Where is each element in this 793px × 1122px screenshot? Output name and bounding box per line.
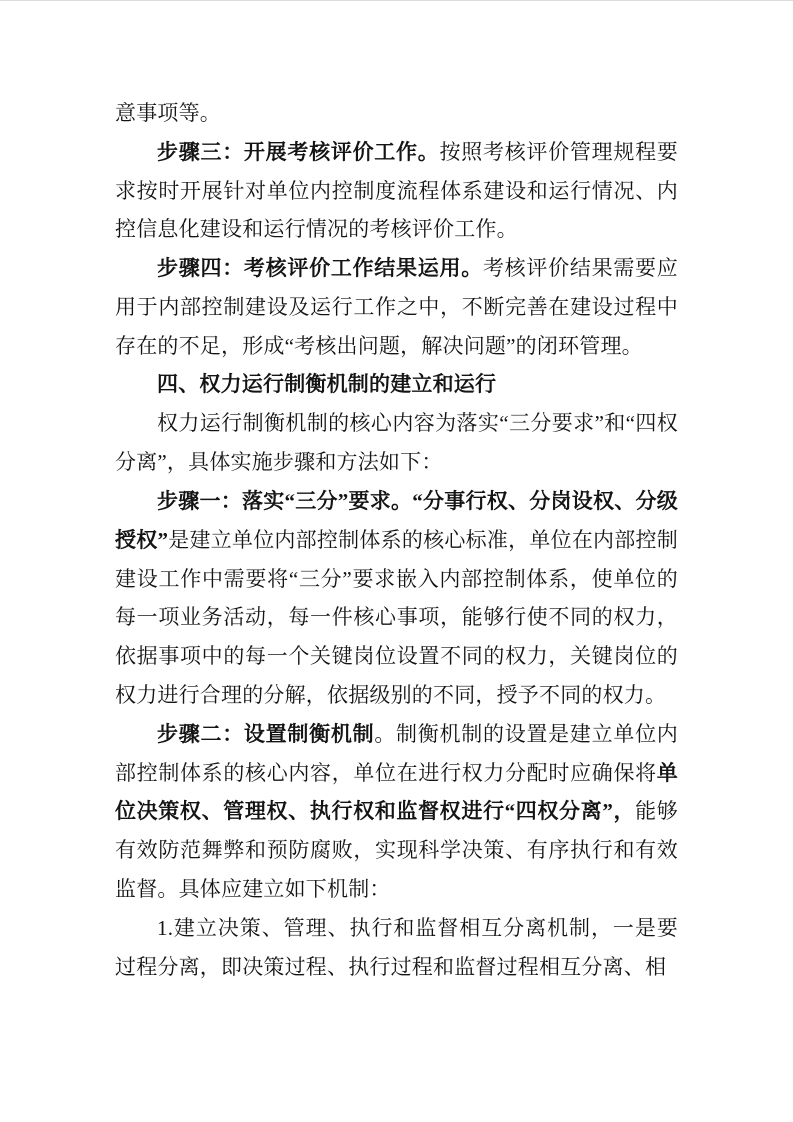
paragraph: 权力运行制衡机制的核心内容为落实“三分要求”和“四权分离”，具体实施步骤和方法如…: [115, 404, 678, 482]
paragraph: 步骤四：考核评价工作结果运用。考核评价结果需要应用于内部控制建设及运行工作之中，…: [115, 249, 678, 365]
document-body: 意事项等。步骤三：开展考核评价工作。按照考核评价管理规程要求按时开展针对单位内控…: [115, 94, 678, 986]
text-run: 四、权力运行制衡机制的建立和运行: [157, 373, 496, 396]
text-run: 是建立单位内部控制体系的核心标准，单位在内部控制建设工作中需要将“三分”要求嵌入…: [115, 528, 678, 707]
paragraph: 步骤二：设置制衡机制。制衡机制的设置是建立单位内部控制体系的核心内容，单位在进行…: [115, 715, 678, 909]
paragraph: 步骤三：开展考核评价工作。按照考核评价管理规程要求按时开展针对单位内控制度流程体…: [115, 133, 678, 249]
document-page: 意事项等。步骤三：开展考核评价工作。按照考核评价管理规程要求按时开展针对单位内控…: [0, 0, 793, 1122]
section-heading: 四、权力运行制衡机制的建立和运行: [115, 366, 678, 405]
text-run: 权力运行制衡机制的核心内容为落实“三分要求”和“四权分离”，具体实施步骤和方法如…: [115, 411, 678, 474]
text-run: 1.建立决策、管理、执行和监督相互分离机制，一是要过程分离，即决策过程、执行过程…: [115, 916, 678, 979]
page-top-edge: [0, 0, 793, 1]
text-run: 步骤二：设置制衡机制: [157, 722, 374, 746]
paragraph: 步骤一：落实“三分”要求。“分事行权、分岗设权、分级授权”是建立单位内部控制体系…: [115, 482, 678, 715]
paragraph: 意事项等。: [115, 94, 678, 133]
text-run: 步骤三：开展考核评价工作。: [157, 140, 440, 164]
paragraph: 1.建立决策、管理、执行和监督相互分离机制，一是要过程分离，即决策过程、执行过程…: [115, 909, 678, 987]
text-run: 步骤四：考核评价工作结果运用。: [157, 256, 483, 280]
text-run: 意事项等。: [115, 101, 221, 125]
